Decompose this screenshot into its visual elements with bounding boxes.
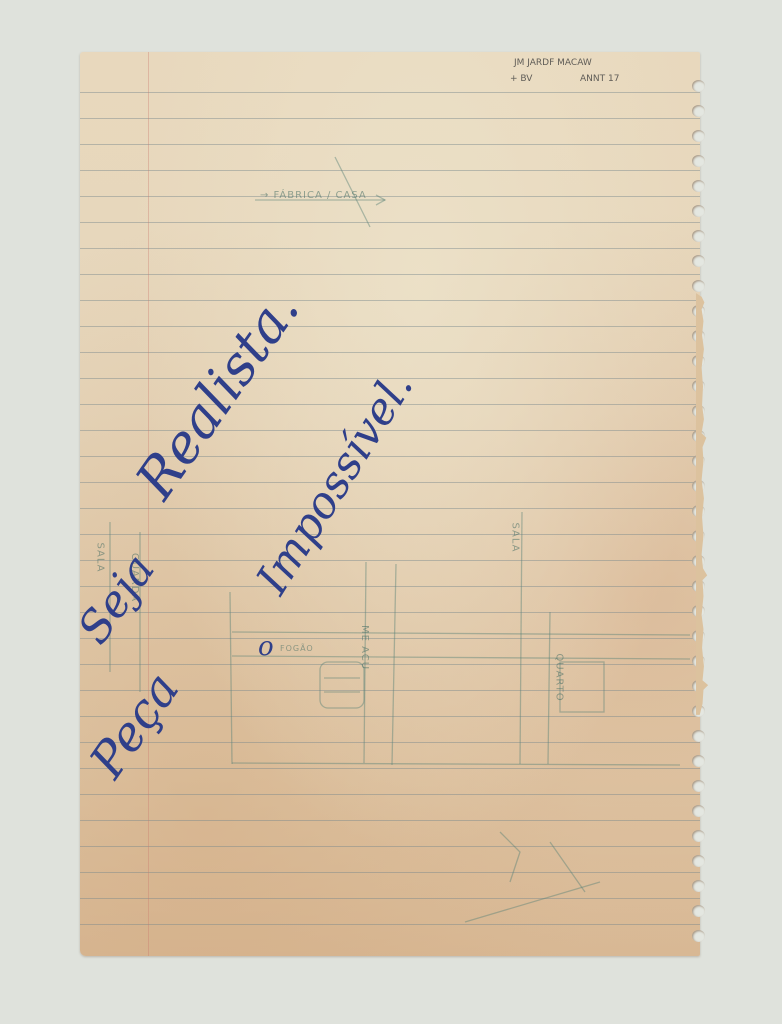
pencil-room-label: QUARTO (554, 653, 565, 701)
pencil-side-label: SALA (95, 542, 106, 572)
pencil-room-label: FOGÃO (280, 644, 314, 653)
torn-edge (696, 52, 710, 956)
header-note-line2-left: + BV (510, 74, 532, 84)
pencil-room-label: ME ACU (359, 625, 370, 670)
pencil-room-label: SALA (510, 522, 521, 552)
header-note-line2-right: ANNT 17 (580, 74, 619, 84)
header-note-line1: JM JARDF MACAW (514, 58, 592, 68)
pencil-arrow-label: → FÁBRICA / CASA (260, 190, 367, 201)
handwriting-o: o (258, 632, 274, 662)
notebook-page: → FÁBRICA / CASA ME ACU FOGÃO SALA QUART… (80, 52, 700, 956)
